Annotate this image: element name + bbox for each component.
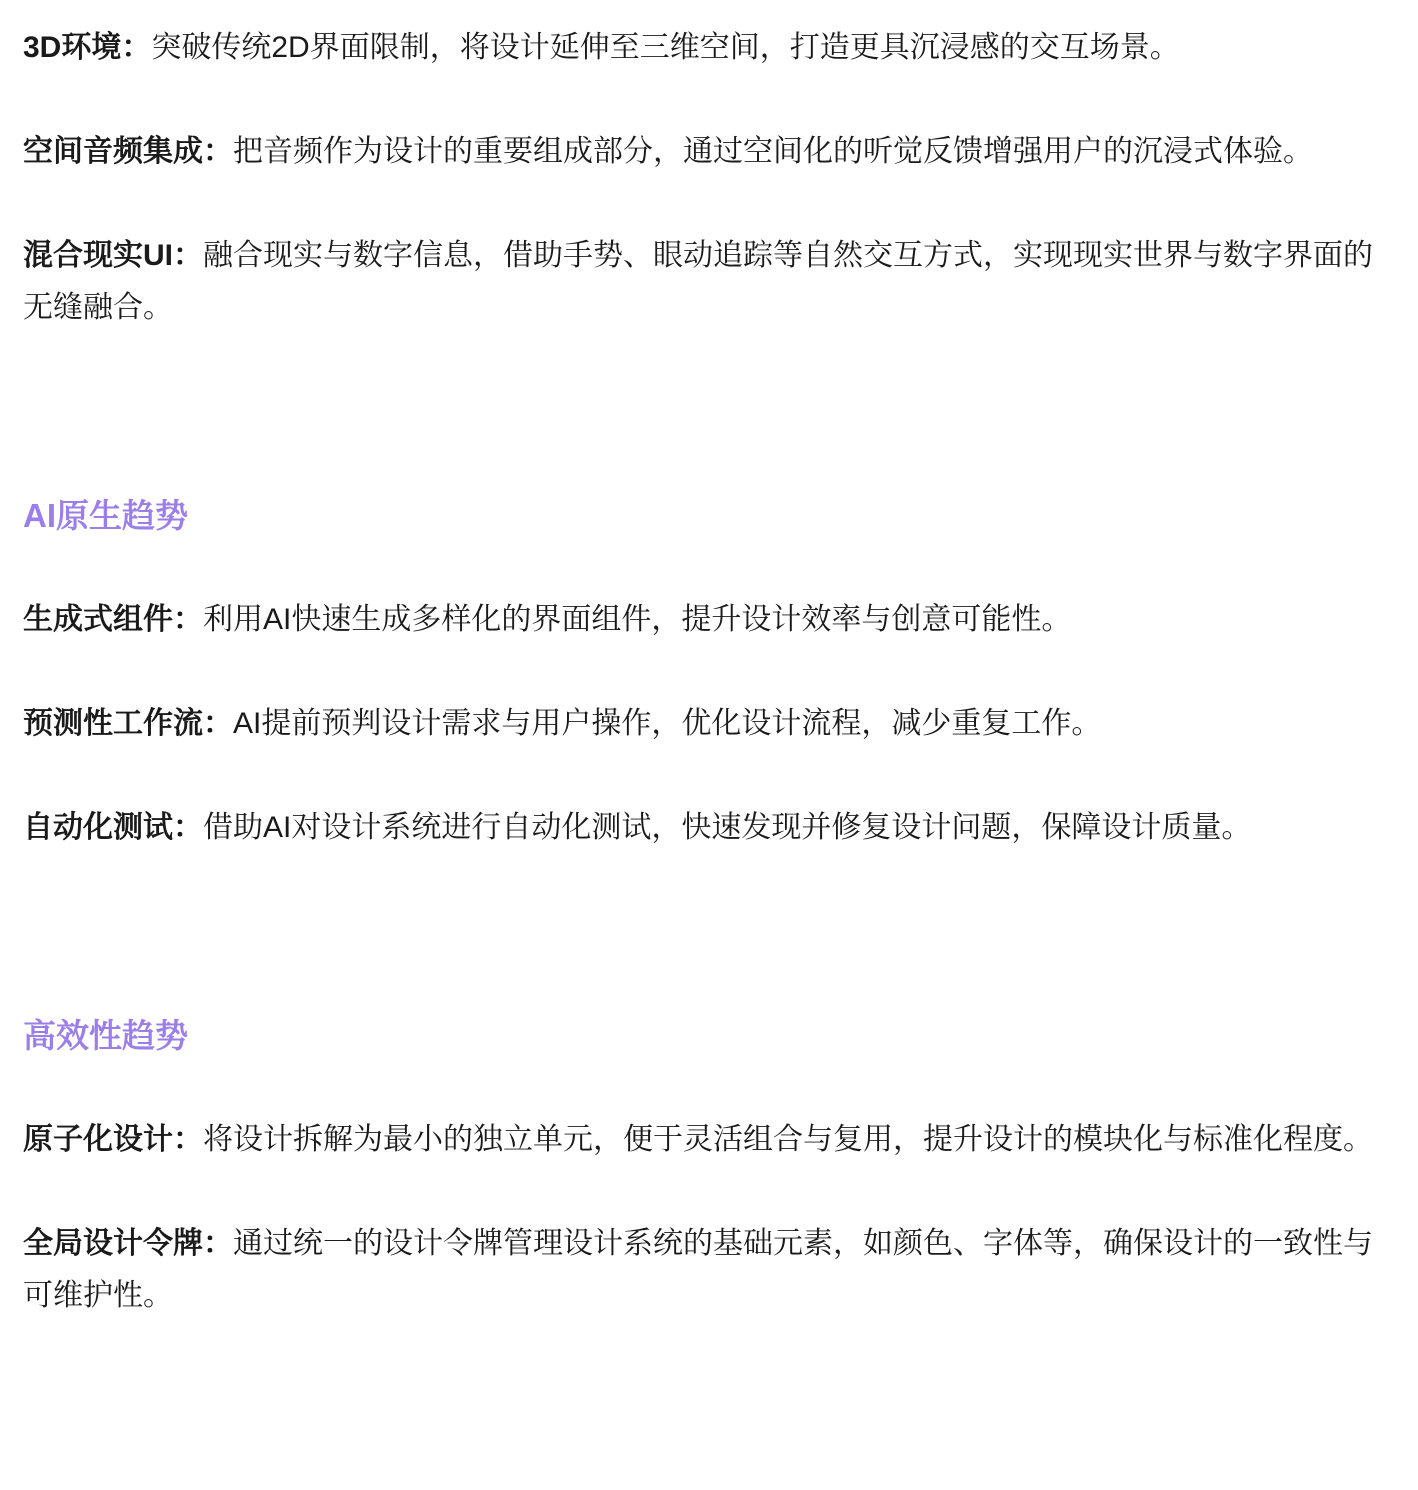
paragraph-text: 利用AI快速生成多样化的界面组件，提升设计效率与创意可能性。 xyxy=(203,603,1071,636)
section-heading: 高效性趋势 xyxy=(23,1010,1390,1062)
paragraph: 原子化设计：将设计拆解为最小的独立单元，便于灵活组合与复用，提升设计的模块化与标… xyxy=(23,1114,1390,1166)
paragraph-label: 3D环境： xyxy=(23,31,151,64)
paragraph-text: 把音频作为设计的重要组成部分，通过空间化的听觉反馈增强用户的沉浸式体验。 xyxy=(233,135,1313,168)
paragraph: 生成式组件：利用AI快速生成多样化的界面组件，提升设计效率与创意可能性。 xyxy=(23,594,1390,646)
paragraph-text: 突破传统2D界面限制，将设计延伸至三维空间，打造更具沉浸感的交互场景。 xyxy=(151,31,1179,64)
paragraph: 空间音频集成：把音频作为设计的重要组成部分，通过空间化的听觉反馈增强用户的沉浸式… xyxy=(23,126,1390,178)
paragraph-text: 融合现实与数字信息，借助手势、眼动追踪等自然交互方式，实现现实世界与数字界面的无… xyxy=(23,239,1373,324)
paragraph-label: 全局设计令牌： xyxy=(23,1227,233,1260)
paragraph-label: 预测性工作流： xyxy=(23,707,233,740)
paragraph-label: 自动化测试： xyxy=(23,811,203,844)
paragraph-text: AI提前预判设计需求与用户操作，优化设计流程，减少重复工作。 xyxy=(233,707,1101,740)
article-body: 3D环境：突破传统2D界面限制，将设计延伸至三维空间，打造更具沉浸感的交互场景。… xyxy=(0,0,1418,1404)
paragraph: 自动化测试：借助AI对设计系统进行自动化测试，快速发现并修复设计问题，保障设计质… xyxy=(23,802,1390,854)
paragraph-label: 混合现实UI： xyxy=(23,239,203,272)
paragraph: 全局设计令牌：通过统一的设计令牌管理设计系统的基础元素，如颜色、字体等，确保设计… xyxy=(23,1218,1390,1322)
paragraph: 混合现实UI：融合现实与数字信息，借助手势、眼动追踪等自然交互方式，实现现实世界… xyxy=(23,230,1390,334)
paragraph-text: 借助AI对设计系统进行自动化测试，快速发现并修复设计问题，保障设计质量。 xyxy=(203,811,1251,844)
section-heading: AI原生趋势 xyxy=(23,490,1390,542)
paragraph-text: 将设计拆解为最小的独立单元，便于灵活组合与复用，提升设计的模块化与标准化程度。 xyxy=(203,1123,1373,1156)
paragraph: 3D环境：突破传统2D界面限制，将设计延伸至三维空间，打造更具沉浸感的交互场景。 xyxy=(23,22,1390,74)
paragraph: 预测性工作流：AI提前预判设计需求与用户操作，优化设计流程，减少重复工作。 xyxy=(23,698,1390,750)
paragraph-label: 原子化设计： xyxy=(23,1123,203,1156)
paragraph-label: 空间音频集成： xyxy=(23,135,233,168)
paragraph-label: 生成式组件： xyxy=(23,603,203,636)
